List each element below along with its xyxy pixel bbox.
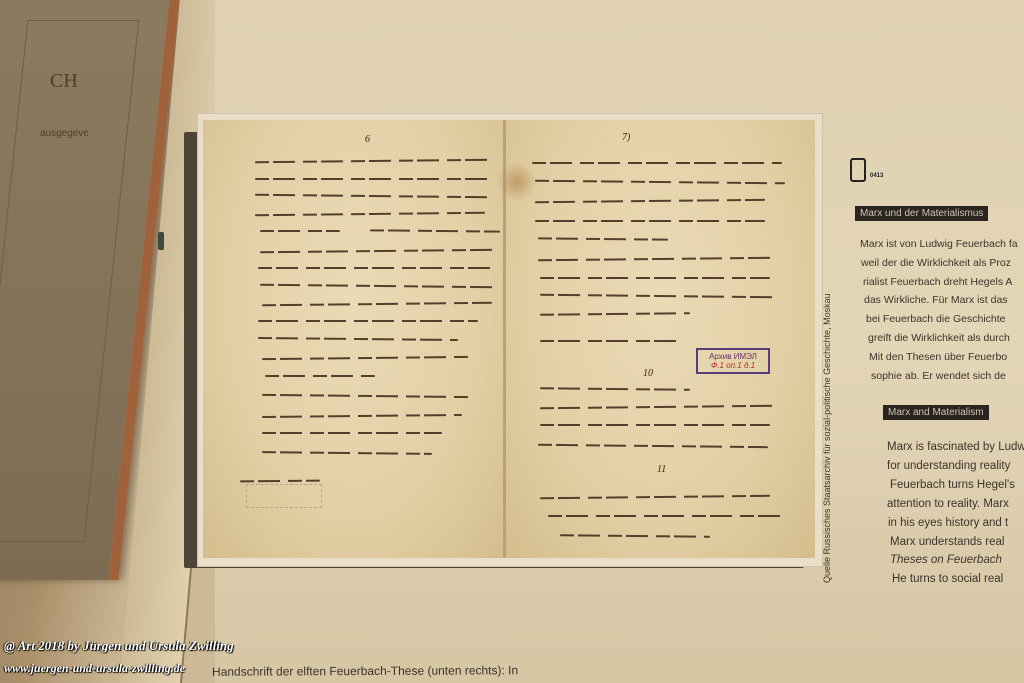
thesis-11-marker: 11: [657, 464, 666, 475]
archive-stamp: Архив ИМЭЛ Ф.1 оп.1 д.1: [696, 348, 770, 374]
right-page-marker: 7): [622, 132, 630, 143]
handwriting-stroke: [535, 220, 765, 222]
left-page-marker: 6: [365, 134, 370, 145]
handwriting-stroke: [255, 178, 495, 180]
exhibit-photo: CH ausgegeve 6 7) 10 11 Архив ИМЭЛ Ф.1 о…: [0, 0, 1024, 683]
pencil-annotation-box: [246, 484, 322, 508]
phone-audio-icon: [850, 158, 866, 182]
handwriting-stroke: [540, 424, 770, 426]
handwriting-stroke: [265, 375, 375, 377]
watermark-copyright: @ Art 2018 by Jürgen und Ursula Zwilling: [4, 638, 234, 654]
book-title-fragment: CH: [50, 70, 78, 93]
book-frame: [0, 20, 139, 542]
text-line: weil der die Wirklichkeit als Proz: [861, 254, 1018, 273]
thesis-10-marker: 10: [643, 368, 653, 379]
book-subtitle-fragment: ausgegeve: [40, 128, 89, 139]
text-line: Mit den Thesen über Feuerbo: [869, 348, 1018, 367]
stamp-numbers: Ф.1 оп.1 д.1: [711, 361, 755, 370]
exhibit-caption: Handschrift der elften Feuerbach-These (…: [212, 663, 518, 679]
case-clip: [158, 232, 164, 250]
handwriting-stroke: [540, 340, 680, 342]
text-line: for understanding reality: [887, 457, 1024, 476]
text-line: attention to reality. Marx: [887, 495, 1024, 514]
placard-text-german: Marx ist von Ludwig Feuerbach fa weil de…: [860, 235, 1018, 385]
handwriting-stroke: [262, 432, 442, 434]
text-line: sophie ab. Er wendet sich de: [871, 367, 1018, 386]
handwriting-stroke: [258, 267, 496, 269]
text-line: in his eyes history and t: [888, 514, 1024, 533]
placard-title-german: Marx und der Materialismus: [855, 206, 988, 221]
stamp-label: Архив ИМЭЛ: [709, 352, 757, 361]
placard-title-english: Marx and Materialism: [883, 405, 989, 420]
handwriting-stroke: [258, 320, 478, 322]
text-line: He turns to social real: [892, 570, 1024, 589]
placard-text-english: Marx is fascinated by Ludw for understan…: [887, 438, 1024, 589]
manuscript-right-page: [505, 120, 815, 558]
audio-guide-code: 0413: [870, 173, 883, 179]
text-line: Marx understands real: [890, 533, 1024, 552]
text-line: greift die Wirklichkeit als durch: [868, 329, 1018, 348]
handwriting-stroke: [548, 515, 788, 517]
archive-credit: Quelle Russisches Staatsarchiv für sozia…: [822, 293, 832, 583]
paper-stain: [497, 162, 537, 202]
text-line: Marx is fascinated by Ludw: [887, 438, 1024, 457]
text-line: rialist Feuerbach dreht Hegels A: [863, 273, 1018, 292]
text-line: das Wirkliche. Für Marx ist das: [864, 291, 1018, 310]
handwriting-stroke: [540, 277, 770, 279]
text-line: Feuerbach turns Hegel's: [890, 476, 1024, 495]
handwriting-stroke: [532, 162, 782, 164]
text-line: bei Feuerbach die Geschichte: [866, 310, 1018, 329]
text-line: Marx ist von Ludwig Feuerbach fa: [860, 235, 1018, 254]
text-line: Theses on Feuerbach: [890, 551, 1024, 570]
handwriting-stroke: [260, 230, 340, 232]
watermark-url: www.juergen-und-ursula-zwilling.de: [4, 661, 185, 676]
